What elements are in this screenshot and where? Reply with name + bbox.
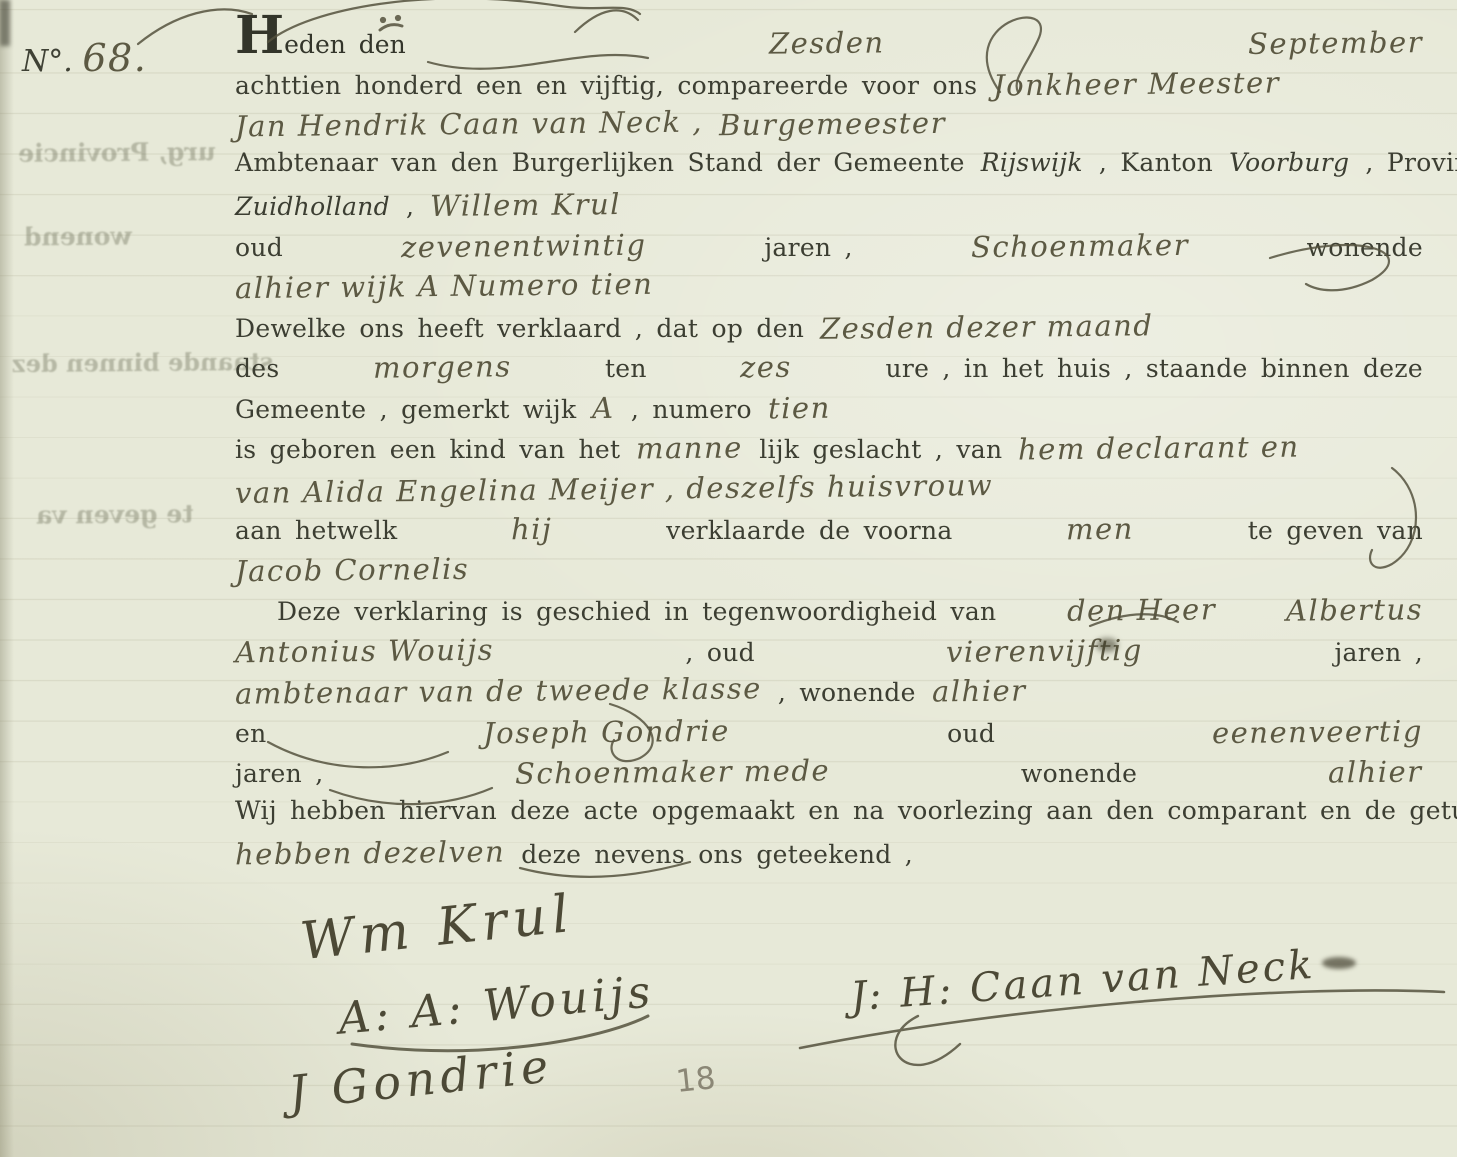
act-line: Deze verklaring is geschied in tegenwoor… bbox=[235, 593, 1423, 634]
handwritten-entry: Schoenmaker bbox=[971, 227, 1189, 263]
handwritten-entry: zes bbox=[740, 350, 792, 385]
printed-text: Zuidholland bbox=[235, 192, 390, 221]
act-line: jaren ,Schoenmaker medewonendealhier bbox=[235, 755, 1423, 796]
handwritten-entry: hij bbox=[511, 512, 553, 546]
act-line: oudzevenentwintigjaren ,Schoenmakerwonen… bbox=[235, 229, 1423, 270]
handwritten-entry: Albertus bbox=[1286, 592, 1423, 627]
handwritten-entry: tien bbox=[768, 390, 831, 425]
act-line: aan hetwelkhijverklaarde de voornamente … bbox=[235, 512, 1423, 553]
pencil-page-number: 18 bbox=[674, 1060, 717, 1100]
record-number: N°. 68. bbox=[22, 36, 147, 80]
act-line: van Alida Engelina Meijer , deszelfs hui… bbox=[235, 472, 1423, 513]
record-number-value: 68. bbox=[82, 36, 147, 80]
handwritten-entry: morgens bbox=[373, 349, 512, 384]
printed-text: achttien honderd een en vijftig, compare… bbox=[235, 71, 977, 100]
printed-text: Ambtenaar van den Burgerlijken Stand der… bbox=[235, 148, 965, 177]
printed-text: , numero bbox=[631, 395, 752, 424]
handwritten-entry: Zesden dezer maand bbox=[820, 308, 1154, 345]
handwritten-entry: September bbox=[1248, 25, 1423, 61]
act-line: enJoseph Gondrieoudeenenveertig bbox=[235, 715, 1423, 756]
handwritten-entry: van Alida Engelina Meijer , deszelfs hui… bbox=[235, 468, 993, 510]
act-line: Zuidholland,Willem Krul bbox=[235, 188, 1423, 229]
act-line: desmorgenstenzesure , in het huis , staa… bbox=[235, 350, 1423, 391]
printed-text: jaren , bbox=[1335, 638, 1424, 667]
act-line: Ambtenaar van den Burgerlijken Stand der… bbox=[235, 148, 1423, 189]
printed-text: jaren , bbox=[235, 759, 324, 788]
handwritten-entry: Jan Hendrik Caan van Neck , bbox=[235, 105, 703, 144]
signature-gondrie: J Gondrie bbox=[286, 1038, 556, 1119]
page-edge-shadow bbox=[0, 0, 10, 46]
handwritten-entry: hem declarant en bbox=[1018, 430, 1300, 467]
printed-text: , bbox=[406, 192, 414, 221]
printed-text: deze nevens ons geteekend , bbox=[521, 840, 913, 869]
printed-text: wonende bbox=[1307, 233, 1423, 262]
act-line: Jacob Cornelis bbox=[235, 553, 1423, 594]
handwritten-entry: men bbox=[1066, 512, 1134, 547]
act-line: Dewelke ons heeft verklaard , dat op den… bbox=[235, 310, 1423, 351]
handwritten-entry: Schoenmaker mede bbox=[515, 753, 830, 790]
handwritten-entry: zevenentwintig bbox=[401, 227, 647, 264]
printed-text: oud bbox=[947, 719, 995, 748]
bleed-through-text: wonend bbox=[24, 222, 132, 252]
act-line: ambtenaar van de tweede klasse, wonendea… bbox=[235, 674, 1423, 715]
bleed-through-text: te geven va bbox=[36, 499, 194, 529]
printed-text: wonende bbox=[1021, 759, 1137, 788]
handwritten-entry: alhier bbox=[1328, 755, 1423, 790]
signature-flourish bbox=[895, 1016, 960, 1065]
printed-text: te geven van bbox=[1248, 516, 1423, 545]
act-line: alhier wijk A Numero tien bbox=[235, 269, 1423, 310]
printed-text: jaren , bbox=[764, 233, 853, 262]
handwritten-entry: Burgemeester bbox=[719, 106, 946, 142]
printed-text: , oud bbox=[685, 638, 755, 667]
handwritten-entry: Joseph Gondrie bbox=[483, 713, 730, 750]
birth-certificate-page: N°. 68. urg, Provinciewonendstaande binn… bbox=[0, 0, 1457, 1157]
printed-text: , Provincie bbox=[1365, 148, 1457, 177]
act-line: Heden denZesdenSeptember bbox=[235, 26, 1423, 67]
printed-text: Wij hebben hiervan deze acte opgemaakt e… bbox=[235, 796, 1457, 825]
printed-text: Rijswijk bbox=[981, 148, 1083, 177]
printed-text: lijk geslacht , van bbox=[759, 435, 1002, 464]
handwritten-entry: manne bbox=[636, 430, 743, 465]
handwritten-entry: eenenveertig bbox=[1212, 713, 1423, 749]
act-line: Wij hebben hiervan deze acte opgemaakt e… bbox=[235, 796, 1423, 837]
bleed-through-text: urg, Provincie bbox=[18, 137, 216, 168]
act-text: Heden denZesdenSeptemberachttien honderd… bbox=[235, 26, 1423, 877]
printed-text: Deze verklaring is geschied in tegenwoor… bbox=[277, 597, 996, 626]
handwritten-entry: alhier bbox=[931, 674, 1026, 709]
printed-text: des bbox=[235, 354, 280, 383]
flourish-dot bbox=[396, 16, 400, 20]
act-line: Jan Hendrik Caan van Neck ,Burgemeester bbox=[235, 107, 1423, 148]
act-line: Antonius Wouijs, oudvierenvijftigjaren , bbox=[235, 634, 1423, 675]
record-number-label: N°. bbox=[22, 44, 73, 79]
printed-text: verklaarde de voorna bbox=[666, 516, 952, 545]
printed-text: aan hetwelk bbox=[235, 516, 397, 545]
handwritten-entry: Jacob Cornelis bbox=[235, 551, 470, 587]
printed-text: is geboren een kind van het bbox=[235, 435, 620, 464]
printed-text: ten bbox=[605, 354, 647, 383]
handwritten-entry: alhier wijk A Numero tien bbox=[235, 267, 654, 305]
handwritten-entry: Antonius Wouijs bbox=[235, 632, 494, 669]
handwritten-entry: ambtenaar van de tweede klasse bbox=[235, 671, 762, 711]
signature-krul: Wm Krul bbox=[298, 884, 578, 972]
signature-van-neck: J: H: Caan van Neck bbox=[849, 942, 1317, 1020]
act-line: is geboren een kind van hetmannelijk ges… bbox=[235, 431, 1423, 472]
handwritten-entry: A bbox=[592, 390, 615, 424]
ink-blot bbox=[1096, 638, 1118, 652]
printed-text: Gemeente , gemerkt wijk bbox=[235, 395, 576, 424]
printed-text: Dewelke ons heeft verklaard , dat op den bbox=[235, 314, 804, 343]
printed-text: , Kanton bbox=[1099, 148, 1213, 177]
ink-blot bbox=[1322, 957, 1356, 969]
printed-text: , wonende bbox=[778, 678, 916, 707]
printed-text: oud bbox=[235, 233, 283, 262]
handwritten-entry: Zesden bbox=[769, 25, 885, 60]
printed-text: ure , in het huis , staande binnen deze bbox=[885, 354, 1423, 383]
handwritten-entry: den Heer bbox=[1066, 592, 1215, 628]
flourish-dot bbox=[381, 18, 385, 22]
signature-wouijs: A: A: Wouijs bbox=[336, 966, 656, 1044]
handwritten-entry: Willem Krul bbox=[430, 187, 621, 223]
printed-text: Heden den bbox=[235, 30, 406, 59]
handwritten-entry: Jonkheer Meester bbox=[993, 65, 1280, 102]
act-line: achttien honderd een en vijftig, compare… bbox=[235, 67, 1423, 108]
handwritten-entry: hebben dezelven bbox=[235, 835, 506, 872]
act-line: hebben dezelvendeze nevens ons geteekend… bbox=[235, 836, 1423, 877]
printed-text: en bbox=[235, 719, 267, 748]
act-line: Gemeente , gemerkt wijkA, numerotien bbox=[235, 391, 1423, 432]
printed-text: Voorburg bbox=[1229, 148, 1349, 177]
